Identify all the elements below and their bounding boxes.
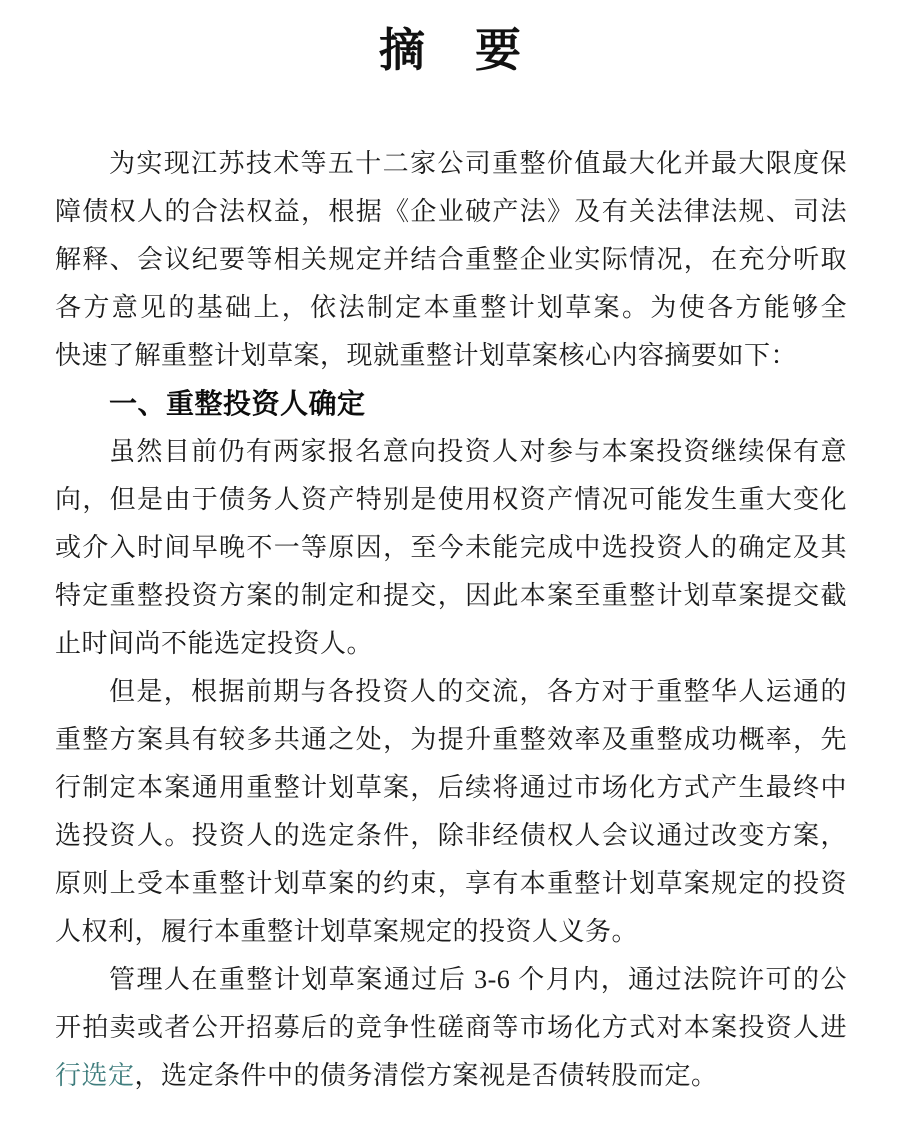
text-line: 行选定，选定条件中的债务清偿方案视是否债转股而定。 (55, 1052, 847, 1100)
highlighted-text: 行选定 (55, 1061, 135, 1090)
text-line: 人权利，履行本重整计划草案规定的投资人义务。 (55, 908, 847, 956)
text-line: 一、重整投资人确定 (55, 380, 847, 428)
text-line: 各方意见的基础上，依法制定本重整计划草案。为使各方能够全面、 (55, 284, 847, 332)
text-line: 选投资人。投资人的选定条件，除非经债权人会议通过改变方案， (55, 812, 847, 860)
document-body: 为实现江苏技术等五十二家公司重整价值最大化并最大限度保障债权人的合法权益，根据《… (55, 140, 847, 1100)
text-line: 障债权人的合法权益，根据《企业破产法》及有关法律法规、司法 (55, 188, 847, 236)
text-line: 管理人在重整计划草案通过后 3-6 个月内，通过法院许可的公 (55, 956, 847, 1004)
text-line: 特定重整投资方案的制定和提交，因此本案至重整计划草案提交截 (55, 572, 847, 620)
text-line: 原则上受本重整计划草案的约束，享有本重整计划草案规定的投资 (55, 860, 847, 908)
paragraph: 虽然目前仍有两家报名意向投资人对参与本案投资继续保有意向，但是由于债务人资产特别… (55, 428, 847, 668)
text-line: 快速了解重整计划草案，现就重整计划草案核心内容摘要如下： (55, 332, 847, 380)
text-run: ，选定条件中的债务清偿方案视是否债转股而定。 (135, 1061, 718, 1090)
paragraph: 为实现江苏技术等五十二家公司重整价值最大化并最大限度保障债权人的合法权益，根据《… (55, 140, 847, 380)
text-line: 或介入时间早晚不一等原因，至今未能完成中选投资人的确定及其 (55, 524, 847, 572)
text-line: 行制定本案通用重整计划草案，后续将通过市场化方式产生最终中 (55, 764, 847, 812)
text-line: 向，但是由于债务人资产特别是使用权资产情况可能发生重大变化 (55, 476, 847, 524)
text-line: 但是，根据前期与各投资人的交流，各方对于重整华人运通的 (55, 668, 847, 716)
text-line: 解释、会议纪要等相关规定并结合重整企业实际情况，在充分听取 (55, 236, 847, 284)
document-page: 摘 要 为实现江苏技术等五十二家公司重整价值最大化并最大限度保障债权人的合法权益… (0, 0, 902, 1132)
text-line: 重整方案具有较多共通之处，为提升重整效率及重整成功概率，先 (55, 716, 847, 764)
paragraph: 管理人在重整计划草案通过后 3-6 个月内，通过法院许可的公开拍卖或者公开招募后… (55, 956, 847, 1100)
text-line: 为实现江苏技术等五十二家公司重整价值最大化并最大限度保 (55, 140, 847, 188)
paragraph: 但是，根据前期与各投资人的交流，各方对于重整华人运通的重整方案具有较多共通之处，… (55, 668, 847, 956)
section-heading: 一、重整投资人确定 (55, 380, 847, 428)
text-line: 虽然目前仍有两家报名意向投资人对参与本案投资继续保有意 (55, 428, 847, 476)
document-title: 摘 要 (0, 0, 902, 80)
text-line: 开拍卖或者公开招募后的竞争性磋商等市场化方式对本案投资人进 (55, 1004, 847, 1052)
text-line: 止时间尚不能选定投资人。 (55, 620, 847, 668)
